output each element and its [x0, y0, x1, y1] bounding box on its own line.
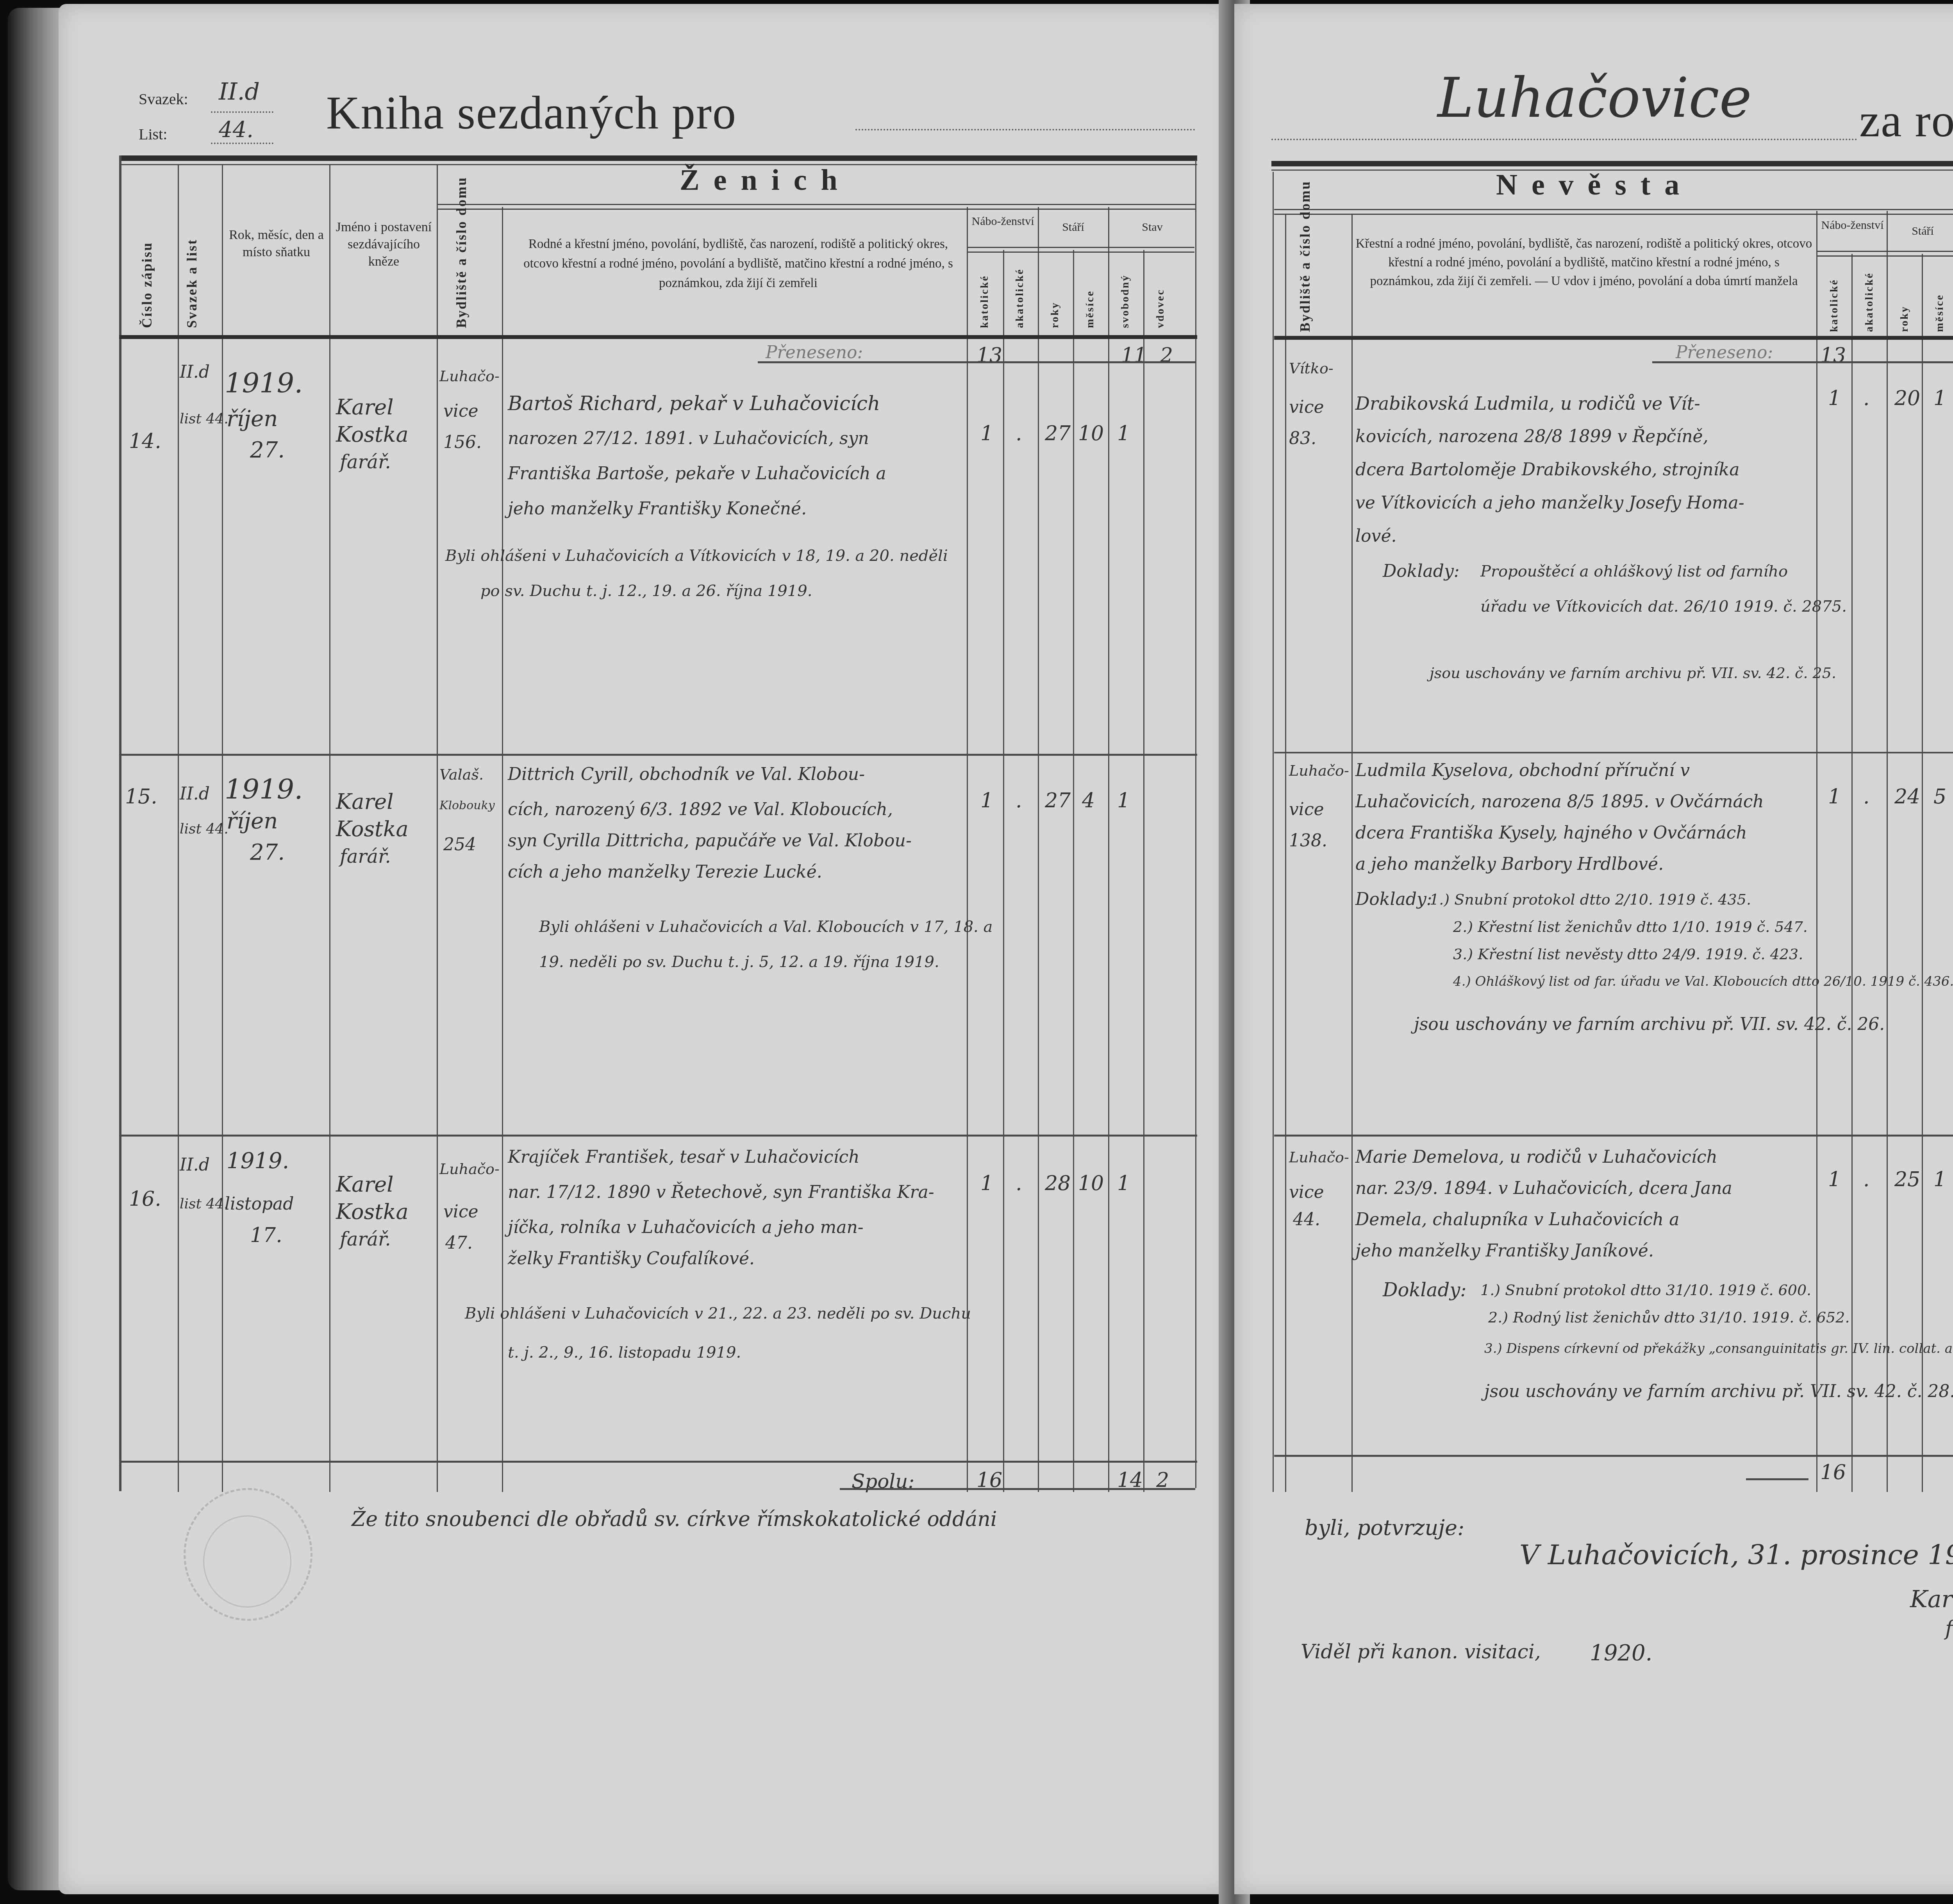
signature-title: farář.: [1945, 1617, 1953, 1640]
akatolicke-value: .: [1016, 789, 1022, 812]
bride-line: dcera Františka Kysely, hajného v Ovčárn…: [1355, 816, 1747, 850]
age-months: 1: [1933, 1168, 1946, 1191]
banns-line: t. j. 2., 9., 16. listopadu 1919.: [508, 1336, 741, 1369]
entry-number: 15.: [125, 785, 157, 808]
age-years: 27: [1045, 422, 1071, 445]
residence-2: vice: [443, 394, 478, 428]
archive-note: jsou uschovány ve farním archivu př. VII…: [1484, 1375, 1953, 1408]
bride-line: a jeho manželky Barbory Hrdlbové.: [1355, 848, 1664, 881]
col-mesice-nevesta: měsíce: [1933, 277, 1946, 332]
entry-year: 1919.: [225, 367, 303, 399]
entry-day: 17.: [250, 1219, 282, 1252]
age-months: 1: [1933, 387, 1946, 410]
groom-line: narozen 27/12. 1891. v Luhačovicích, syn: [508, 422, 869, 455]
residence-2: Klobouky: [439, 789, 495, 823]
total-katolicke-right: 16: [1820, 1461, 1846, 1484]
carried-vdovec: 2: [1160, 344, 1173, 367]
svazek-value: II.d: [219, 78, 260, 105]
col-stari: Stáří: [1039, 219, 1107, 236]
akatolicke-value: .: [1863, 387, 1870, 410]
entry-year: 1919.: [227, 1148, 289, 1174]
doklady-label: Doklady:: [1383, 555, 1460, 588]
doklady-line: 3.) Dispens církevní od překážky „consan…: [1484, 1332, 1953, 1365]
doklady-line: Propouštěcí a ohláškový list od farního: [1480, 555, 1788, 588]
col-cislo-zapisu: Číslo zápisu: [139, 219, 155, 328]
entry-svazek: II.d: [180, 355, 210, 389]
bride-line: Ludmila Kyselova, obchodní příruční v: [1355, 754, 1690, 787]
doklady-label: Doklady:: [1355, 883, 1432, 916]
age-years: 25: [1894, 1168, 1920, 1191]
col-svobodny: svobodný: [1119, 262, 1132, 328]
katolicke-value: 1: [1828, 785, 1841, 808]
age-years: 27: [1045, 789, 1071, 812]
left-header-bottom-border: [119, 335, 1197, 339]
entry-svazek: II.d: [180, 1148, 210, 1182]
age-years: 20: [1894, 387, 1920, 410]
banns-line: Byli ohlášeni v Luhačovicích v 21., 22. …: [465, 1297, 971, 1330]
bride-line: ve Vítkovicích a jeho manželky Josefy Ho…: [1355, 486, 1744, 520]
banns-line: po sv. Duchu t. j. 12., 19. a 26. října …: [480, 574, 812, 608]
zenich-section-title: Ženich: [680, 163, 852, 197]
groom-line: jíčka, rolníka v Luhačovicích a jeho man…: [508, 1211, 864, 1244]
groom-line: jeho manželky Františky Konečné.: [508, 492, 807, 526]
residence-1: Luhačo-: [1289, 1140, 1349, 1174]
entry-list: list 44.: [180, 812, 229, 846]
col-roky: roky: [1049, 289, 1061, 328]
bride-line: lové.: [1355, 519, 1396, 553]
carried-katolicke: 13: [976, 344, 1002, 367]
bride-line: jeho manželky Františky Janíkové.: [1355, 1234, 1654, 1268]
age-years: 28: [1045, 1172, 1071, 1195]
col-zenich-desc: Rodné a křestní jméno, povolání, bydlišt…: [519, 234, 957, 293]
entry-year: 1919.: [225, 773, 303, 805]
akatolicke-value: .: [1863, 1168, 1870, 1191]
svobodny-value: 1: [1117, 1172, 1130, 1195]
residence-3: 83.: [1289, 422, 1316, 455]
bride-line: kovicích, narozena 28/8 1899 v Řepčíně,: [1355, 420, 1708, 453]
residence-3: 47.: [445, 1226, 473, 1260]
katolicke-value: 1: [1828, 1168, 1841, 1191]
residence-1: Luhačo-: [439, 1152, 500, 1186]
katolicke-value: 1: [980, 789, 993, 812]
closing-statement: Že tito snoubenci dle obřadů sv. církve …: [352, 1508, 997, 1531]
archive-note: jsou uschovány ve farním archivu př. VII…: [1414, 1008, 1885, 1041]
entry-day: 27.: [250, 434, 285, 467]
col-jmeno-knize: Jméno i postavení sezdávajícího kněze: [332, 219, 436, 270]
carried-svobodny: 11: [1121, 344, 1147, 367]
entry-list: list 44.: [180, 402, 229, 436]
svazek-label: Svazek:: [139, 90, 188, 108]
col-mesice: měsíce: [1084, 273, 1096, 328]
katolicke-value: 1: [980, 422, 993, 445]
svobodny-value: 1: [1117, 422, 1130, 445]
katolicke-value: 1: [980, 1172, 993, 1195]
entry-number: 14.: [129, 430, 161, 453]
register-title: Kniha sezdaných pro: [326, 86, 737, 140]
col-akatolicke-nevesta: akatolické: [1863, 262, 1876, 332]
age-months: 4: [1082, 789, 1095, 812]
residence-3: 156.: [443, 426, 482, 459]
groom-line: Krajíček František, tesař v Luhačovicích: [508, 1140, 860, 1174]
carried-over-label-right: Přeneseno:: [1676, 336, 1773, 369]
residence-3: 138.: [1289, 824, 1327, 858]
archive-note: jsou uschovány ve farním archivu př. VII…: [1430, 656, 1836, 690]
entry-month: říjen: [227, 805, 278, 838]
list-label: List:: [139, 125, 167, 143]
carried-over-label: Přeneseno:: [766, 336, 863, 369]
nevesta-section-title: Nevěsta: [1496, 168, 1693, 202]
groom-line: cích, narozený 6/3. 1892 ve Val. Klobouc…: [508, 793, 893, 826]
total-label: Spolu:: [852, 1465, 914, 1498]
parish-name: Luhačovice: [1437, 66, 1752, 130]
groom-line: nar. 17/12. 1890 v Řetechově, syn Franti…: [508, 1176, 934, 1209]
bride-line: Luhačovicích, narozena 8/5 1895. v Ovčár…: [1355, 785, 1764, 819]
groom-line: syn Cyrilla Dittricha, papučáře ve Val. …: [508, 824, 912, 858]
bride-line: dcera Bartoloměje Drabikovského, strojní…: [1355, 453, 1739, 487]
age-months: 5: [1933, 785, 1946, 808]
doklady-line: 4.) Ohláškový list od far. úřadu ve Val.…: [1453, 965, 1953, 998]
doklady-line: 2.) Rodný list ženichův dtto 31/10. 1919…: [1488, 1301, 1849, 1334]
groom-line: cích a jeho manželky Terezie Lucké.: [508, 855, 822, 889]
banns-line: Byli ohlášeni v Luhačovicích a Vítkovicí…: [445, 539, 948, 573]
col-katolicke-nevesta: katolické: [1828, 262, 1841, 332]
priest-title: farář.: [340, 445, 391, 479]
katolicke-value: 1: [1828, 387, 1841, 410]
col-nabozenstvi: Nábo-ženství: [969, 213, 1037, 230]
right-header-bottom-border: [1274, 336, 1953, 340]
col-vdovec: vdovec: [1154, 273, 1167, 328]
parish-stamp-inner: [203, 1515, 291, 1608]
priest-title: farář.: [340, 840, 391, 873]
col-stari-nevesta: Stáří: [1889, 223, 1953, 240]
za-rok-label: za rok: [1859, 94, 1953, 148]
groom-line: želky Františky Coufalíkové.: [508, 1242, 755, 1276]
col-akatolicke: akatolické: [1014, 258, 1026, 328]
bride-line: Drabikovská Ludmila, u rodičů ve Vít-: [1355, 387, 1700, 420]
right-table-top-border: [1271, 161, 1953, 166]
entry-list: list 44.: [180, 1187, 229, 1221]
residence-2: vice: [1289, 793, 1324, 826]
akatolicke-value: .: [1863, 785, 1870, 808]
col-rok-mesic: Rok, měsíc, den a místo sňatku: [225, 227, 328, 261]
residence-3: 254: [443, 828, 476, 862]
residence-2: vice: [1289, 391, 1324, 424]
col-roky-nevesta: roky: [1898, 293, 1911, 332]
residence-2: vice: [443, 1195, 478, 1229]
residence-1: Luhačo-: [1289, 754, 1349, 787]
col-svazek-a-list: Svazek a list: [184, 219, 200, 328]
list-value: 44.: [219, 117, 253, 143]
carried-katolicke-right: 13: [1820, 344, 1846, 367]
age-months: 10: [1078, 1172, 1104, 1195]
svobodny-value: 1: [1117, 789, 1130, 812]
age-months: 10: [1078, 422, 1104, 445]
closing-place-date: V Luhačovicích, 31. prosince 1919: [1519, 1539, 1953, 1571]
col-stav: Stav: [1109, 219, 1195, 236]
entry-svazek: II.d: [180, 777, 210, 811]
residence-1: Luhačo-: [439, 359, 500, 393]
groom-line: Františka Bartoše, pekaře v Luhačovicích…: [508, 457, 886, 491]
akatolicke-value: .: [1016, 1172, 1022, 1195]
closing-confirmation: byli, potvrzuje:: [1305, 1515, 1464, 1540]
banns-line: 19. neděli po sv. Duchu t. j. 5, 12. a 1…: [539, 945, 939, 979]
residence-3: 44.: [1293, 1203, 1320, 1237]
entry-number: 16.: [129, 1187, 161, 1211]
visitation-year: 1920.: [1590, 1640, 1652, 1666]
doklady-label: Doklady:: [1383, 1273, 1466, 1307]
entry-day: 27.: [250, 836, 285, 869]
col-bydliste-nevesta: Bydliště a číslo domu: [1297, 227, 1313, 332]
age-years: 24: [1894, 785, 1920, 808]
col-nevesta-desc: Křestní a rodné jméno, povolání, bydlišt…: [1355, 234, 1812, 291]
col-bydliste: Bydliště a číslo domu: [453, 227, 470, 328]
visitation-note: Viděl při kanon. visitaci,: [1301, 1640, 1541, 1663]
entry-month: říjen: [227, 402, 278, 436]
col-katolicke: katolické: [978, 258, 991, 328]
left-table-top-border: [119, 155, 1197, 161]
bride-line: Demela, chalupníka v Luhačovicích a: [1355, 1203, 1679, 1237]
col-nabozenstvi-nevesta: Nábo-ženství: [1818, 217, 1887, 234]
residence-1: Vítko-: [1289, 352, 1334, 385]
priest-title: farář.: [340, 1222, 391, 1256]
akatolicke-value: .: [1016, 422, 1022, 445]
bride-line: Marie Demelova, u rodičů v Luhačovicích: [1355, 1140, 1717, 1174]
groom-line: Bartoš Richard, pekař v Luhačovicích: [508, 387, 880, 420]
bride-line: nar. 23/9. 1894. v Luhačovicích, dcera J…: [1355, 1172, 1732, 1205]
residence-1: Valaš.: [439, 758, 484, 791]
signature-name: Karel Kostka: [1910, 1586, 1953, 1613]
entry-month: listopad: [225, 1187, 294, 1221]
banns-line: Byli ohlášeni v Luhačovicích a Val. Klob…: [539, 910, 993, 944]
doklady-line: úřadu ve Vítkovicích dat. 26/10 1919. č.…: [1480, 590, 1847, 623]
groom-line: Dittrich Cyrill, obchodník ve Val. Klobo…: [508, 758, 865, 791]
